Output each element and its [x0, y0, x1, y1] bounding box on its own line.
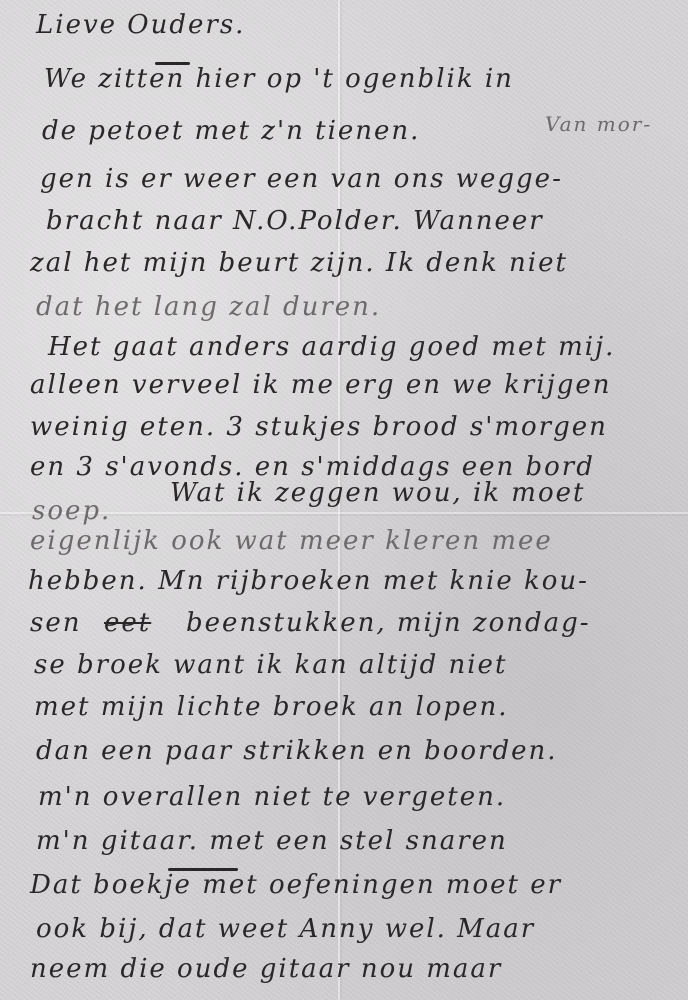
letter-line: Dat boekje met oefeningen moet er [30, 870, 562, 900]
letter-line: ook bij, dat weet Anny wel. Maar [36, 914, 535, 944]
letter-line: beenstukken, mijn zondag- [186, 608, 591, 638]
letter-line: soep. [32, 496, 111, 526]
letter-line: eigenlijk ook wat meer kleren mee [30, 526, 553, 556]
letter-line: sen [30, 608, 81, 638]
letter-line: de petoet met z'n tienen. [42, 116, 420, 146]
letter-line: alleen verveel ik me erg en we krijgen [30, 370, 611, 400]
letter-line: dat het lang zal duren. [36, 292, 381, 322]
letter-line: zal het mijn beurt zijn. Ik denk niet [30, 248, 568, 278]
letter-line: m'n overallen niet te vergeten. [38, 782, 506, 812]
letter-line: bracht naar N.O.Polder. Wanneer [46, 206, 544, 236]
letter-line: Het gaat anders aardig goed met mij. [48, 332, 615, 362]
salutation: Lieve Ouders. [36, 10, 245, 40]
letter-line: m'n gitaar. met een stel snaren [36, 826, 508, 856]
letter-line: dan een paar strikken en boorden. [36, 736, 558, 766]
letter-line: Van mor- [545, 112, 652, 136]
letter-line: se broek want ik kan altijd niet [34, 650, 507, 680]
letter-page: Lieve Ouders. We zitten hier op 't ogenb… [0, 0, 688, 1000]
crossed-out-word: eet [104, 608, 151, 638]
letter-line: weinig eten. 3 stukjes brood s'morgen [30, 412, 608, 442]
letter-line: We zitten hier op 't ogenblik in [44, 64, 514, 94]
letter-line: neem die oude gitaar nou maar [30, 954, 502, 984]
letter-line: Wat ik zeggen wou, ik moet [170, 478, 585, 508]
letter-line: gen is er weer een van ons wegge- [40, 164, 563, 194]
letter-line: met mijn lichte broek an lopen. [34, 692, 508, 722]
letter-line: hebben. Mn rijbroeken met knie kou- [28, 566, 589, 596]
